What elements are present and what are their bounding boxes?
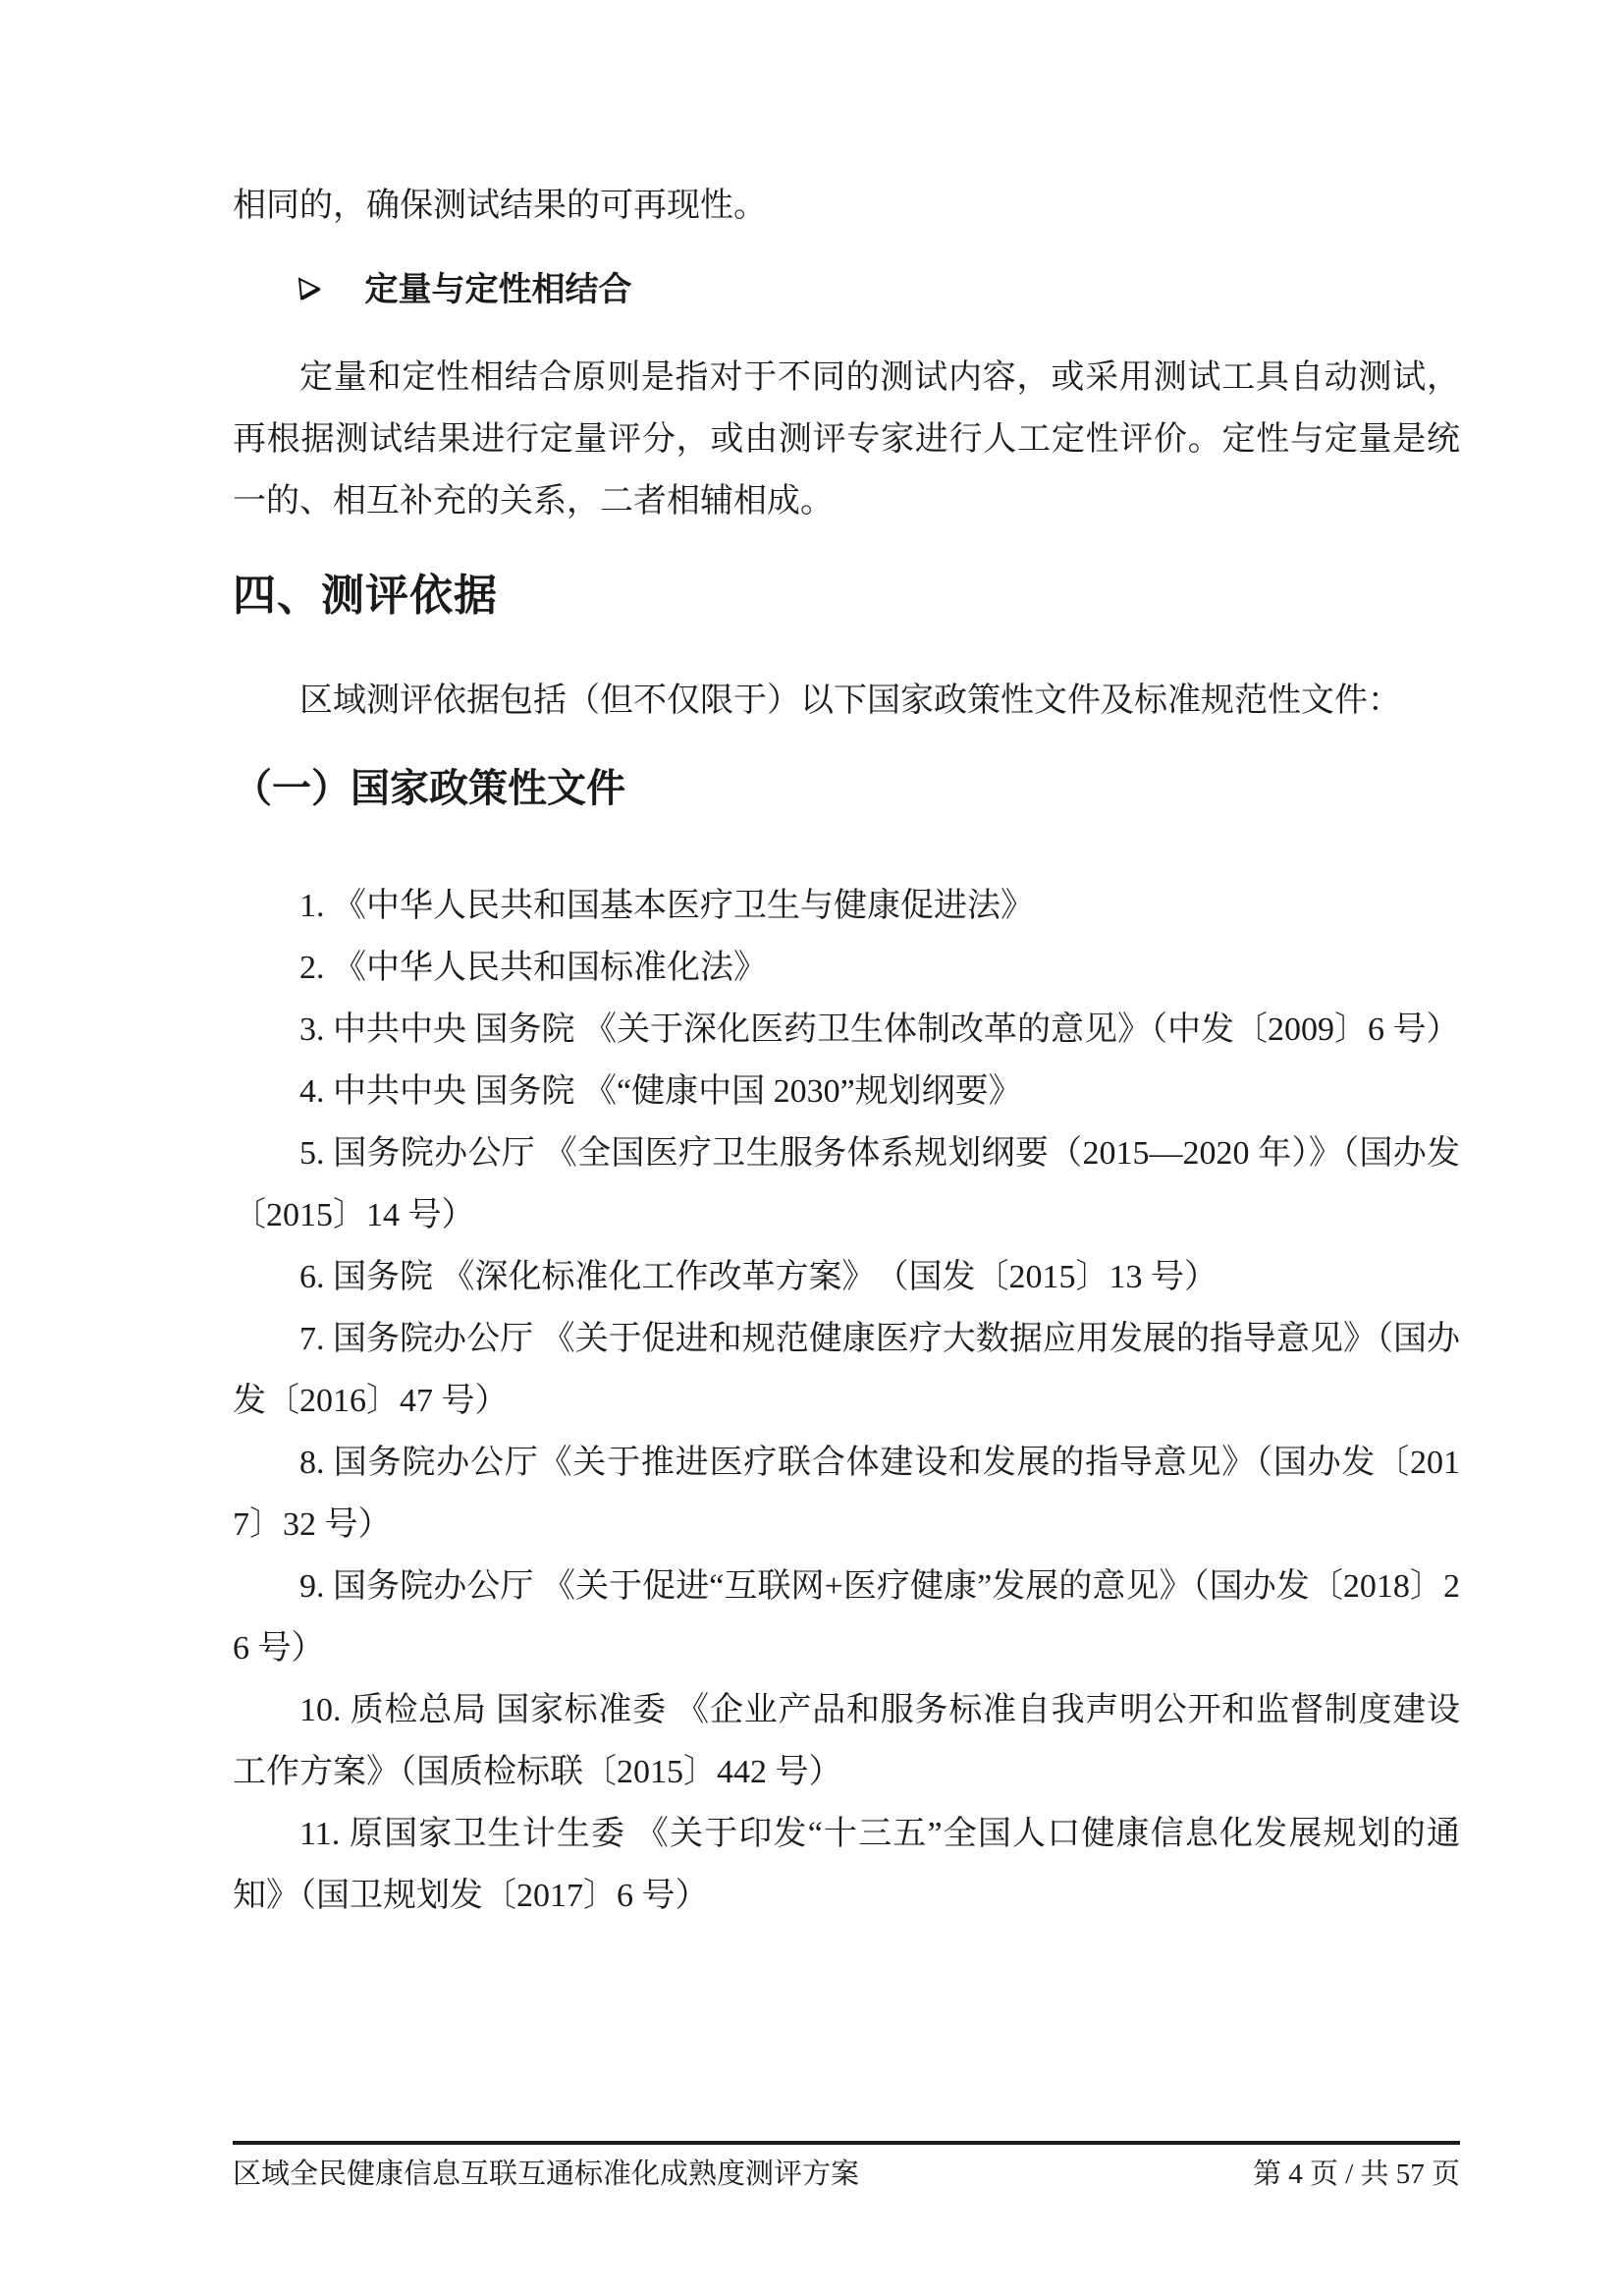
section-intro: 区域测评依据包括（但不仅限于）以下国家政策性文件及标准规范性文件： (233, 670, 1460, 732)
bullet-list-item: 定量与定性相结合 (233, 259, 1460, 324)
bullet-paragraph: 定量和定性相结合原则是指对于不同的测试内容，或采用测试工具自动测试，再根据测试结… (233, 347, 1460, 532)
policy-item: 8. 国务院办公厅《关于推进医疗联合体建设和发展的指导意见》（国办发〔2017〕… (233, 1432, 1460, 1556)
footer-doc-title: 区域全民健康信息互联互通标准化成熟度测评方案 (233, 2155, 859, 2194)
carryover-paragraph: 相同的，确保测试结果的可再现性。 (233, 175, 1460, 237)
footer-page-number: 第 4 页 / 共 57 页 (1253, 2155, 1460, 2194)
policy-list: 1. 《中华人民共和国基本医疗卫生与健康促进法》 2. 《中华人民共和国标准化法… (233, 875, 1460, 1927)
subsection-heading: （一）国家政策性文件 (233, 761, 1460, 816)
policy-item: 2. 《中华人民共和国标准化法》 (233, 937, 1460, 999)
arrow-bullet-icon (294, 262, 323, 324)
policy-item: 1. 《中华人民共和国基本医疗卫生与健康促进法》 (233, 875, 1460, 937)
policy-item: 10. 质检总局 国家标准委 《企业产品和服务标准自我声明公开和监督制度建设工作… (233, 1679, 1460, 1803)
policy-item: 3. 中共中央 国务院 《关于深化医药卫生体制改革的意见》（中发〔2009〕6 … (233, 999, 1460, 1061)
page-content: 相同的，确保测试结果的可再现性。 定量与定性相结合 定量和定性相结合原则是指对于… (233, 175, 1460, 1927)
bullet-heading: 定量与定性相结合 (365, 272, 632, 308)
policy-item: 4. 中共中央 国务院 《“健康中国 2030”规划纲要》 (233, 1061, 1460, 1122)
page-footer: 区域全民健康信息互联互通标准化成熟度测评方案 第 4 页 / 共 57 页 (233, 2141, 1460, 2194)
policy-item: 6. 国务院 《深化标准化工作改革方案》 （国发〔2015〕13 号） (233, 1246, 1460, 1308)
policy-item: 7. 国务院办公厅 《关于促进和规范健康医疗大数据应用发展的指导意见》（国办发〔… (233, 1308, 1460, 1432)
policy-item: 5. 国务院办公厅 《全国医疗卫生服务体系规划纲要（2015—2020 年）》（… (233, 1122, 1460, 1246)
document-page: 相同的，确保测试结果的可再现性。 定量与定性相结合 定量和定性相结合原则是指对于… (0, 0, 1623, 2296)
policy-item: 9. 国务院办公厅 《关于促进“互联网+医疗健康”发展的意见》（国办发〔2018… (233, 1556, 1460, 1679)
policy-item: 11. 原国家卫生计生委 《关于印发“十三五”全国人口健康信息化发展规划的通知》… (233, 1803, 1460, 1927)
section-heading: 四、测评依据 (233, 568, 1460, 625)
